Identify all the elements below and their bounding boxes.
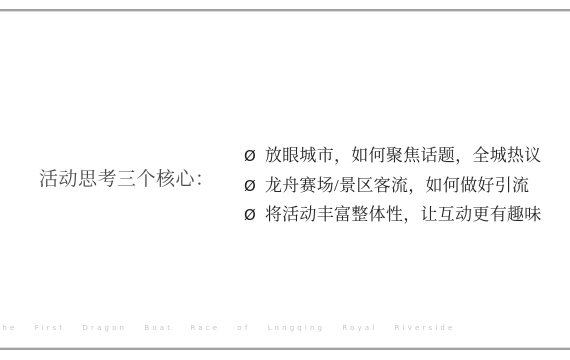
bullet-marker-icon: Ø (244, 172, 256, 202)
list-item: Ø 龙舟赛场/景区客流，如何做好引流 (244, 171, 542, 201)
top-divider-line (0, 9, 570, 11)
bullet-text: 将活动丰富整体性，让互动更有趣味 (265, 200, 542, 230)
presentation-slide: 活动思考三个核心： Ø 放眼城市，如何聚焦话题，全城热议 Ø 龙舟赛场/景区客流… (0, 0, 570, 360)
bullet-marker-icon: Ø (244, 142, 256, 172)
bullet-text: 放眼城市，如何聚焦话题，全城热议 (265, 141, 542, 171)
bullet-text: 龙舟赛场/景区客流，如何做好引流 (265, 171, 530, 201)
footer-tagline: The First Dragon Boat Race of Longqing R… (0, 324, 570, 336)
bullet-list: Ø 放眼城市，如何聚焦话题，全城热议 Ø 龙舟赛场/景区客流，如何做好引流 Ø … (244, 141, 542, 230)
bottom-divider-line (0, 348, 570, 350)
list-item: Ø 放眼城市，如何聚焦话题，全城热议 (244, 141, 542, 171)
list-item: Ø 将活动丰富整体性，让互动更有趣味 (244, 200, 542, 230)
bullet-marker-icon: Ø (244, 201, 256, 231)
slide-title: 活动思考三个核心： (39, 169, 215, 191)
